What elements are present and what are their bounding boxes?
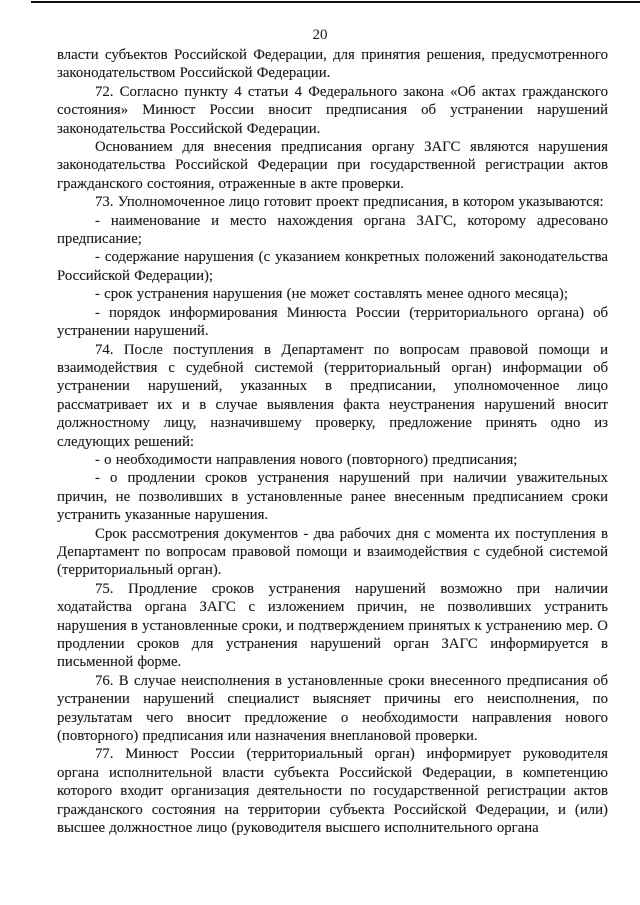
- list-item-violation-content: - содержание нарушения (с указанием конк…: [57, 248, 608, 285]
- paragraph-73: 73. Уполномоченное лицо готовит проект п…: [57, 193, 608, 211]
- list-item-name-location: - наименование и место нахождения органа…: [57, 212, 608, 249]
- paragraph-72-basis: Основанием для внесения предписания орга…: [57, 138, 608, 193]
- document-page: 20 власти субъектов Российской Федерации…: [0, 0, 640, 905]
- paragraph-76: 76. В случае неисполнения в установленны…: [57, 672, 608, 746]
- paragraph-75: 75. Продление сроков устранения нарушени…: [57, 580, 608, 672]
- list-item-informing-order: - порядок информирования Минюста России …: [57, 304, 608, 341]
- paragraph-77: 77. Минюст России (территориальный орган…: [57, 745, 608, 837]
- paragraph-72: 72. Согласно пункту 4 статьи 4 Федеральн…: [57, 83, 608, 138]
- list-item-new-prescription: - о необходимости направления нового (по…: [57, 451, 608, 469]
- paragraph-continuation: власти субъектов Российской Федерации, д…: [57, 46, 608, 83]
- paragraph-review-term: Срок рассмотрения документов - два рабоч…: [57, 525, 608, 580]
- paragraph-74: 74. После поступления в Департамент по в…: [57, 341, 608, 451]
- scan-artifact-line: [31, 1, 640, 3]
- document-body: власти субъектов Российской Федерации, д…: [57, 46, 608, 837]
- list-item-deadline: - срок устранения нарушения (не может со…: [57, 285, 608, 303]
- list-item-extension: - о продлении сроков устранения нарушени…: [57, 469, 608, 524]
- page-number: 20: [0, 26, 640, 44]
